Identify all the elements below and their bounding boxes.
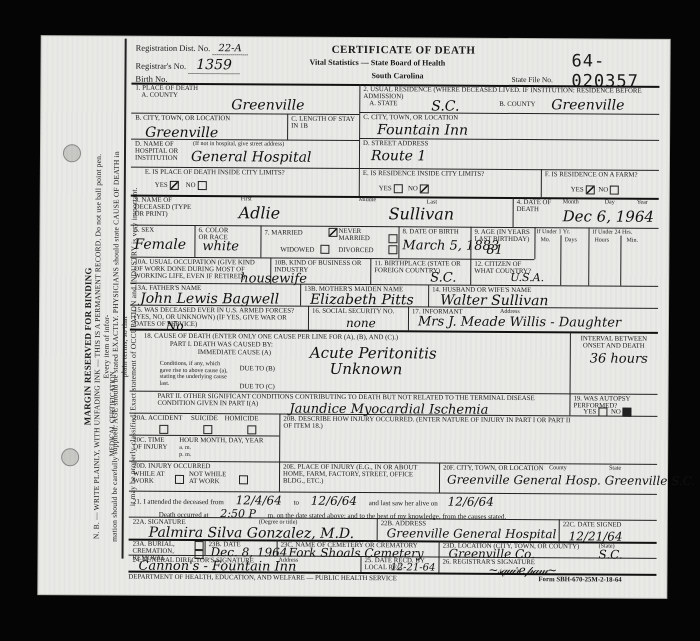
time-of-injury-label: 20c. TIME OF INJURY xyxy=(133,437,173,451)
pm-label: p. m. xyxy=(179,452,191,458)
while-at-work-checkbox[interactable] xyxy=(175,475,184,484)
registration-dist: Registration Dist. No. 22-A xyxy=(136,43,248,55)
no-label: NO xyxy=(186,182,196,189)
physician-address-value: Greenville General Hospital xyxy=(387,526,557,541)
res-street-value: Route 1 xyxy=(371,148,426,164)
yes-label: YES xyxy=(155,182,168,189)
date-of-death-label: 4. DATE OF DEATH xyxy=(517,199,557,213)
res-inside-yes-checkbox[interactable] xyxy=(394,184,403,193)
divorced-checkbox[interactable] xyxy=(388,245,397,254)
never-married-checkbox[interactable] xyxy=(388,234,397,243)
registrar-no-value: 1359 xyxy=(188,57,240,74)
min-label: Min. xyxy=(626,238,638,244)
binder-hole xyxy=(63,144,81,162)
pod-county-label: a. COUNTY xyxy=(141,92,178,99)
accident-label: 20a. ACCIDENT xyxy=(133,415,182,422)
citizen-value: U.S.A. xyxy=(510,271,544,284)
day-label: Day xyxy=(605,200,615,206)
immediate-cause-label: IMMEDIATE CAUSE (a) xyxy=(198,349,271,356)
industry-label: 10b. KIND OF BUSINESS OR INDUSTRY xyxy=(274,260,364,275)
age-label: 9. AGE (In years last birthday) xyxy=(474,229,532,243)
res-inside-city-label: e. IS RESIDENCE INSIDE CITY LIMITS? xyxy=(363,170,493,178)
days-label: Days xyxy=(564,237,576,243)
state-file-label: State File No. xyxy=(511,75,553,84)
ssn-label: 16. SOCIAL SECURITY NO. xyxy=(312,308,394,316)
pod-inside-yes-checkbox[interactable] xyxy=(170,181,179,190)
certificate-title: CERTIFICATE OF DEATH xyxy=(332,44,476,57)
under24-label: If Under 24 Hrs. xyxy=(593,229,633,235)
first-label: First xyxy=(241,196,252,202)
injury-city-label: 20f. CITY, TOWN, OR LOCATION xyxy=(443,465,544,473)
due-b-value: Unknown xyxy=(330,360,403,378)
divorced-label: DIVORCED xyxy=(338,247,373,254)
res-farm-no-checkbox[interactable] xyxy=(610,186,619,195)
res-state-label: a. STATE xyxy=(369,100,397,107)
registrar-no: Registrar's No. 1359 xyxy=(135,57,240,74)
homicide-checkbox[interactable] xyxy=(247,425,256,434)
married-label: 7. MARRIED xyxy=(264,229,302,236)
attended-label: 21. I attended the deceased from xyxy=(133,498,224,507)
death-time-value: 2:50 P xyxy=(210,507,266,520)
attended-to-value: 12/6/64 xyxy=(301,494,367,508)
month-label: Month xyxy=(563,199,579,205)
pod-inside-city-options: YES NO xyxy=(155,181,209,190)
yes-label: YES xyxy=(379,185,392,192)
res-street-label: d. STREET ADDRESS xyxy=(363,140,428,147)
injury-type-row: 20a. ACCIDENT SUICIDE HOMICIDE xyxy=(133,415,258,423)
informant-value: Mrs J. Meade Willis - Daughter xyxy=(418,314,621,330)
certificate-subtitle: Vital Statistics — State Board of Health xyxy=(310,58,446,68)
pod-county-value: Greenville xyxy=(231,97,304,113)
injury-city-value: Greenville General Hosp. Greenville S.C. xyxy=(447,473,695,489)
res-inside-no-checkbox[interactable] xyxy=(420,184,429,193)
part1-label: PART I. DEATH WAS CAUSED BY: xyxy=(170,341,273,349)
last-name-value: Sullivan xyxy=(389,204,455,223)
res-city-label: c. CITY, TOWN, OR LOCATION xyxy=(363,114,458,122)
res-farm-label: f. IS RESIDENCE ON A FARM? xyxy=(545,171,655,179)
armed-forces-label: 15. WAS DECEASED EVER IN U.S. ARMED FORC… xyxy=(134,307,304,329)
sex-value: Female xyxy=(134,237,186,253)
age-value: 81 xyxy=(486,243,503,258)
to-label: to xyxy=(294,499,300,507)
registrar-no-label: Registrar's No. xyxy=(136,61,187,71)
res-inside-city-options: YES NO xyxy=(379,184,431,193)
no-label: NO xyxy=(598,187,608,194)
widowed-label: WIDOWED xyxy=(280,247,314,254)
pod-inside-no-checkbox[interactable] xyxy=(198,181,207,190)
under1-label: If Under 1 Yr. xyxy=(537,229,571,235)
year-label: Year xyxy=(637,200,648,206)
no-label: NO xyxy=(408,185,418,192)
name-label: 3. NAME OF DECEASED (Type or print) xyxy=(135,197,195,218)
res-county-value: Greenville xyxy=(551,97,624,113)
pod-city-label: b. CITY, TOWN, OR LOCATION xyxy=(135,115,230,123)
date-of-death-value: Dec 6, 1964 xyxy=(563,207,654,226)
injury-state-label: State xyxy=(609,466,621,472)
date-signed-label: 22c. DATE SIGNED xyxy=(563,521,622,528)
last-saw-label: and last saw her alive on xyxy=(369,499,438,507)
married-checkbox[interactable] xyxy=(328,228,337,237)
medical-certification-label: MEDICAL CERTIFICATION xyxy=(109,371,117,456)
binder-hole xyxy=(61,448,79,466)
homicide-label: HOMICIDE xyxy=(225,415,259,422)
hospital-hint: (If not in hospital, give street address… xyxy=(193,141,284,148)
pod-inside-city-label: e. IS PLACE OF DEATH INSIDE CITY LIMITS? xyxy=(145,169,285,177)
conditions-label: Conditions, if any, which gave rise to a… xyxy=(160,361,230,387)
res-farm-options: YES NO xyxy=(571,185,621,194)
suicide-label: SUICIDE xyxy=(191,415,218,422)
hospital-value: General Hospital xyxy=(191,149,312,166)
ssn-value: none xyxy=(346,316,376,330)
color-value: white xyxy=(202,239,239,254)
not-while-at-work-label: Not While at Work xyxy=(189,471,233,485)
suicide-checkbox[interactable] xyxy=(203,425,212,434)
widowed-checkbox[interactable] xyxy=(320,245,329,254)
birthplace-value: S.C. xyxy=(430,270,456,285)
time-cols-label: Hour Month, Day, Year xyxy=(179,437,263,445)
am-label: a. m. xyxy=(179,445,191,451)
not-while-at-work-checkbox[interactable] xyxy=(239,475,248,484)
burial-state-value: S.C. xyxy=(599,547,623,561)
hours-label: Hours xyxy=(594,237,609,243)
last-saw-value: 12/6/64 xyxy=(440,495,502,509)
reg-dist-label: Registration Dist. No. xyxy=(136,43,211,53)
describe-injury-label: 20b. DESCRIBE HOW INJURY OCCURRED. (Ente… xyxy=(283,416,573,432)
hospital-label: d. NAME OF HOSPITAL OR INSTITUTION xyxy=(135,141,187,162)
certificate-form: Registration Dist. No. 22-A Registrar's … xyxy=(132,43,662,46)
res-county-label: b. COUNTY xyxy=(499,101,535,108)
due-c-label: DUE TO (c) xyxy=(240,383,275,390)
interval-value: 36 hours xyxy=(590,351,648,366)
interval-label: INTERVAL BETWEEN ONSET AND DEATH xyxy=(576,335,652,349)
res-farm-yes-checkbox[interactable] xyxy=(586,185,595,194)
accident-checkbox[interactable] xyxy=(159,425,168,434)
reg-dist-value: 22-A xyxy=(212,43,247,55)
while-at-work-label: While at Work xyxy=(133,471,169,485)
death-occurred-row: Death occurred at 2:50 P m. on the date … xyxy=(159,507,506,522)
res-city-value: Fountain Inn xyxy=(377,122,468,139)
never-married-label: NEVER MARRIED xyxy=(338,228,378,242)
length-of-stay-label: c. LENGTH OF STAY IN 1b xyxy=(291,116,357,130)
dob-label: 8. DATE OF BIRTH xyxy=(403,228,459,235)
burial-checkbox[interactable] xyxy=(195,541,204,550)
attended-from-value: 12/4/64 xyxy=(226,493,292,507)
place-of-injury-label: 20e. PLACE OF INJURY (e.g., in or about … xyxy=(283,464,433,486)
sex-label: 5. SEX xyxy=(135,227,155,234)
certificate-state: South Carolina xyxy=(371,71,423,80)
yes-label: YES xyxy=(571,186,584,193)
injury-occurred-label: 20d. INJURY OCCURRED xyxy=(133,463,210,470)
injury-county-label: County xyxy=(549,465,567,471)
due-b-label: DUE TO (b) xyxy=(240,365,275,372)
form-number: Form SBH-670-25M-2-18-64 xyxy=(538,576,621,584)
middle-label: Middle xyxy=(359,197,376,203)
mo-label: Mo. xyxy=(540,237,550,243)
death-certificate: MARGIN RESERVED FOR BINDING N. B. — WRIT… xyxy=(38,36,669,598)
footer-department: DEPARTMENT OF HEALTH, EDUCATION, AND WEL… xyxy=(128,574,397,583)
first-name-value: Adlie xyxy=(239,203,281,222)
